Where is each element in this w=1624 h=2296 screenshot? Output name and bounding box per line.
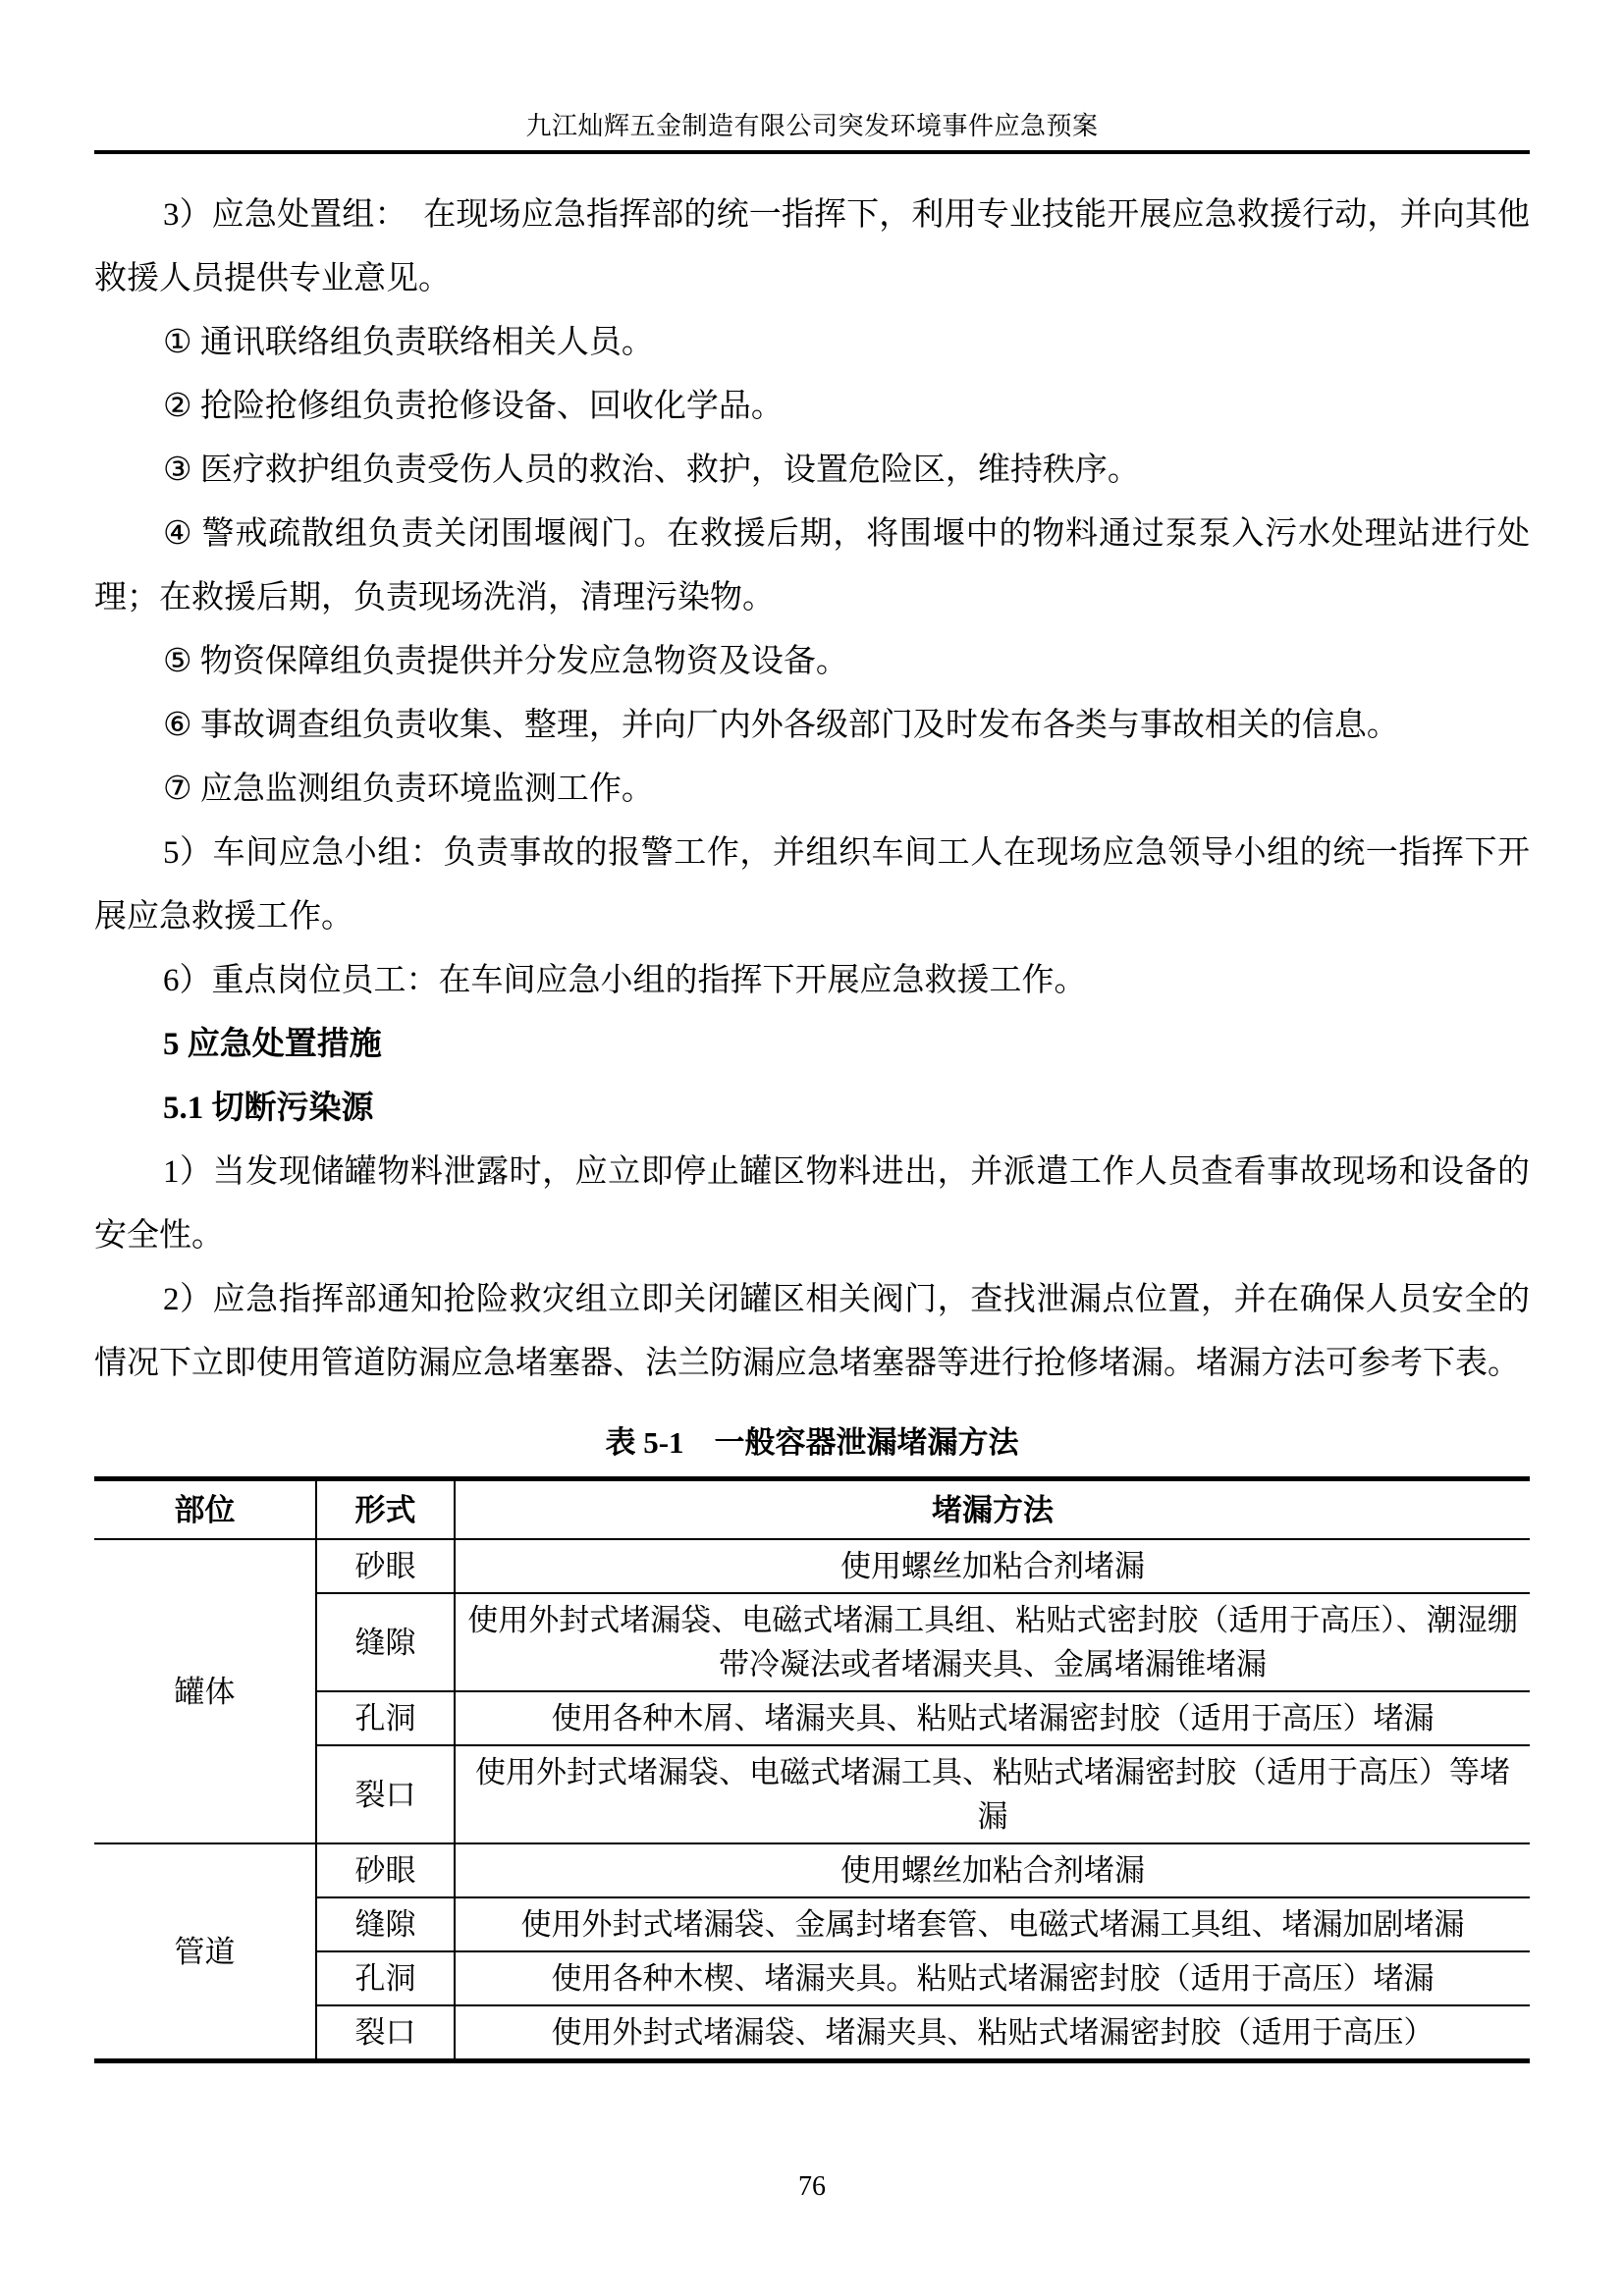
section-heading: 5 应急处置措施 xyxy=(94,1013,1530,1077)
table-caption: 表 5-1 一般容器泄漏堵漏方法 xyxy=(94,1423,1530,1463)
paragraph: ③ 医疗救护组负责受伤人员的救治、救护，设置危险区，维持秩序。 xyxy=(94,439,1530,503)
paragraph: 2）应急指挥部通知抢险救灾组立即关闭罐区相关阀门，查找泄漏点位置，并在确保人员安… xyxy=(94,1268,1530,1396)
part-cell: 管道 xyxy=(94,1843,316,2061)
document-page: 九江灿辉五金制造有限公司突发环境事件应急预案 3）应急处置组： 在现场应急指挥部… xyxy=(0,0,1624,2296)
header-title: 九江灿辉五金制造有限公司突发环境事件应急预案 xyxy=(94,110,1530,143)
method-cell: 使用外封式堵漏袋、堵漏夹具、粘贴式堵漏密封胶（适用于高压） xyxy=(455,2005,1530,2061)
paragraph: ⑥ 事故调查组负责收集、整理，并向厂内外各级部门及时发布各类与事故相关的信息。 xyxy=(94,694,1530,758)
form-cell: 缝隙 xyxy=(316,1897,455,1951)
paragraph: 3）应急处置组： 在现场应急指挥部的统一指挥下，利用专业技能开展应急救援行动，并… xyxy=(94,184,1530,311)
part-cell: 罐体 xyxy=(94,1539,316,1843)
paragraph: ② 抢险抢修组负责抢修设备、回收化学品。 xyxy=(94,375,1530,439)
column-header-form: 形式 xyxy=(316,1479,455,1540)
form-cell: 裂口 xyxy=(316,1745,455,1843)
leak-methods-table: 部位 形式 堵漏方法 罐体砂眼使用螺丝加粘合剂堵漏缝隙使用外封式堵漏袋、电磁式堵… xyxy=(94,1476,1530,2063)
method-cell: 使用外封式堵漏袋、电磁式堵漏工具、粘贴式堵漏密封胶（适用于高压）等堵漏 xyxy=(455,1745,1530,1843)
document-body: 3）应急处置组： 在现场应急指挥部的统一指挥下，利用专业技能开展应急救援行动，并… xyxy=(94,154,1530,2063)
table-row: 罐体砂眼使用螺丝加粘合剂堵漏 xyxy=(94,1539,1530,1593)
form-cell: 砂眼 xyxy=(316,1539,455,1593)
paragraph: 6）重点岗位员工：在车间应急小组的指挥下开展应急救援工作。 xyxy=(94,949,1530,1013)
paragraph: ① 通讯联络组负责联络相关人员。 xyxy=(94,311,1530,375)
paragraph: ④ 警戒疏散组负责关闭围堰阀门。在救援后期，将围堰中的物料通过泵泵入污水处理站进… xyxy=(94,503,1530,630)
method-cell: 使用外封式堵漏袋、金属封堵套管、电磁式堵漏工具组、堵漏加剧堵漏 xyxy=(455,1897,1530,1951)
page-header: 九江灿辉五金制造有限公司突发环境事件应急预案 xyxy=(94,0,1530,154)
form-cell: 缝隙 xyxy=(316,1593,455,1691)
paragraph: ⑤ 物资保障组负责提供并分发应急物资及设备。 xyxy=(94,630,1530,694)
method-cell: 使用螺丝加粘合剂堵漏 xyxy=(455,1843,1530,1897)
page-number: 76 xyxy=(798,2171,826,2202)
method-cell: 使用螺丝加粘合剂堵漏 xyxy=(455,1539,1530,1593)
method-cell: 使用各种木屑、堵漏夹具、粘贴式堵漏密封胶（适用于高压）堵漏 xyxy=(455,1691,1530,1745)
table-header-row: 部位 形式 堵漏方法 xyxy=(94,1479,1530,1540)
table-row: 管道砂眼使用螺丝加粘合剂堵漏 xyxy=(94,1843,1530,1897)
method-cell: 使用各种木楔、堵漏夹具。粘贴式堵漏密封胶（适用于高压）堵漏 xyxy=(455,1951,1530,2005)
paragraph: 1）当发现储罐物料泄露时，应立即停止罐区物料进出，并派遣工作人员查看事故现场和设… xyxy=(94,1141,1530,1268)
form-cell: 裂口 xyxy=(316,2005,455,2061)
section-heading: 5.1 切断污染源 xyxy=(94,1077,1530,1141)
form-cell: 孔洞 xyxy=(316,1691,455,1745)
method-cell: 使用外封式堵漏袋、电磁式堵漏工具组、粘贴式密封胶（适用于高压）、潮湿绷带冷凝法或… xyxy=(455,1593,1530,1691)
form-cell: 砂眼 xyxy=(316,1843,455,1897)
column-header-method: 堵漏方法 xyxy=(455,1479,1530,1540)
paragraph: 5）车间应急小组：负责事故的报警工作，并组织车间工人在现场应急领导小组的统一指挥… xyxy=(94,822,1530,949)
column-header-part: 部位 xyxy=(94,1479,316,1540)
form-cell: 孔洞 xyxy=(316,1951,455,2005)
paragraph-container: 3）应急处置组： 在现场应急指挥部的统一指挥下，利用专业技能开展应急救援行动，并… xyxy=(94,184,1530,1396)
paragraph: ⑦ 应急监测组负责环境监测工作。 xyxy=(94,758,1530,822)
page-footer: 76 xyxy=(0,2171,1624,2203)
